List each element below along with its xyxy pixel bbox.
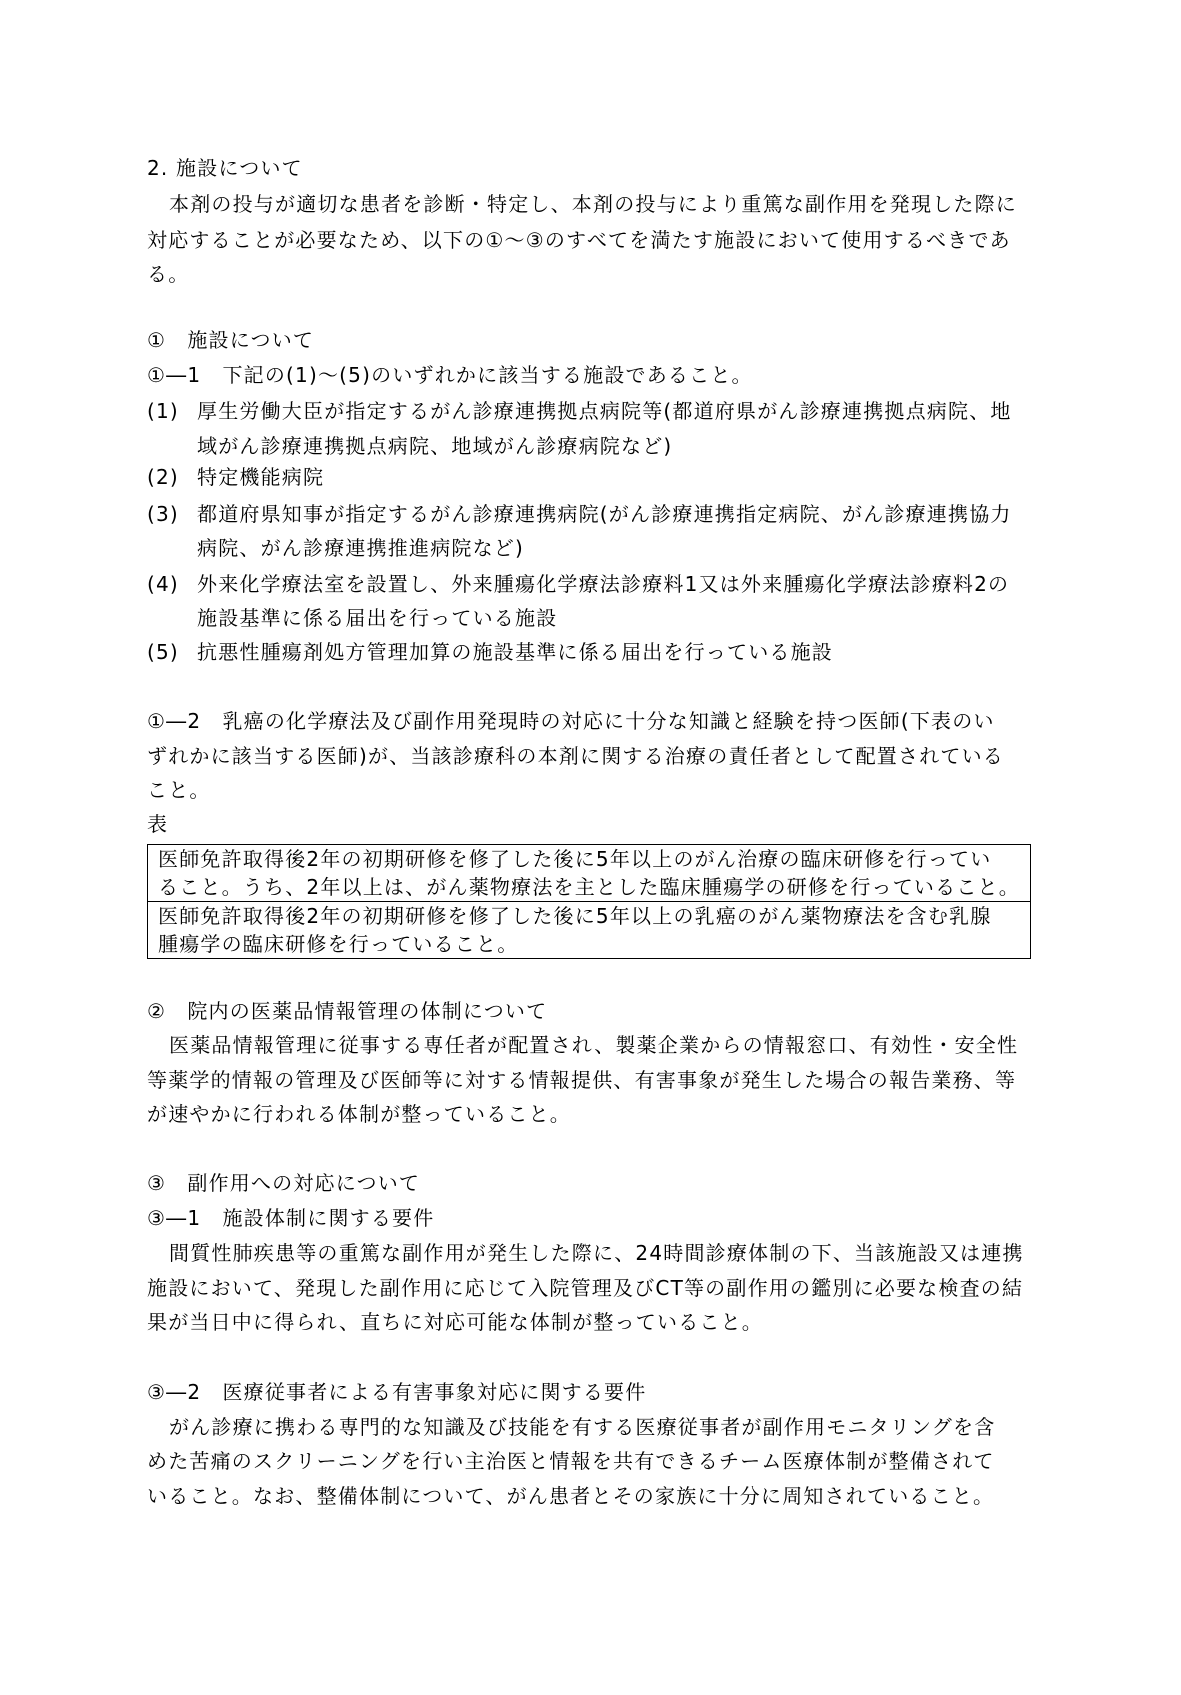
intro-line-2: 対応することが必要なため、以下の①～③のすべてを満たす施設において使用するべきで… — [147, 226, 1011, 254]
item2-line-2: 等薬学的情報の管理及び医師等に対する情報提供、有害事象が発生した場合の報告業務、… — [147, 1066, 1016, 1094]
list-item-number: (3) — [147, 500, 179, 528]
item3-sub1-heading: ③―1 施設体制に関する要件 — [147, 1204, 434, 1232]
list-item-3-cont: 病院、がん診療連携推進病院など) — [197, 534, 524, 562]
item1-sub1-heading: ①―1 下記の(1)～(5)のいずれかに該当する施設であること。 — [147, 361, 753, 389]
list-item-text: 都道府県知事が指定するがん診療連携病院(がん診療連携指定病院、がん診療連携協力 — [197, 500, 1012, 528]
item1-sub2-line-3: こと。 — [147, 776, 211, 804]
item3-sub2-line-2: めた苦痛のスクリーニングを行い主治医と情報を共有できるチーム医療体制が整備されて — [147, 1447, 995, 1475]
table-cell-line: 医師免許取得後2年の初期研修を修了した後に5年以上の乳癌のがん薬物療法を含む乳腺 — [158, 902, 1024, 930]
list-item-text: 特定機能病院 — [197, 463, 324, 491]
doctor-requirements-table: 医師免許取得後2年の初期研修を修了した後に5年以上のがん治療の臨床研修を行ってい… — [147, 844, 1031, 959]
item2-heading: ② 院内の医薬品情報管理の体制について — [147, 997, 547, 1025]
table-row: 医師免許取得後2年の初期研修を修了した後に5年以上のがん治療の臨床研修を行ってい… — [148, 845, 1030, 901]
item3-sub1-line-3: 果が当日中に得られ、直ちに対応可能な体制が整っていること。 — [147, 1308, 763, 1336]
list-item-1-cont: 域がん診療連携拠点病院、地域がん診療病院など) — [197, 432, 672, 460]
list-item-text: 外来化学療法室を設置し、外来腫瘍化学療法診療料1又は外来腫瘍化学療法診療料2の — [197, 570, 1009, 598]
list-item-number: (1) — [147, 397, 179, 425]
item1-heading: ① 施設について — [147, 326, 314, 354]
list-item-text: 抗悪性腫瘍剤処方管理加算の施設基準に係る届出を行っている施設 — [197, 638, 833, 666]
intro-line-1: 本剤の投与が適切な患者を診断・特定し、本剤の投与により重篤な副作用を発現した際に — [169, 190, 1017, 218]
list-item-number: (5) — [147, 638, 179, 666]
item1-sub2-line-2: ずれかに該当する医師)が、当該診療科の本剤に関する治療の責任者として配置されてい… — [147, 742, 1004, 770]
table-cell-line: ること。うち、2年以上は、がん薬物療法を主とした臨床腫瘍学の研修を行っていること… — [158, 873, 1024, 901]
section-title: 2. 施設について — [147, 154, 303, 182]
item2-line-3: が速やかに行われる体制が整っていること。 — [147, 1100, 571, 1128]
item3-sub1-line-1: 間質性肺疾患等の重篤な副作用が発生した際に、24時間診療体制の下、当該施設又は連… — [169, 1239, 1024, 1267]
list-item-number: (4) — [147, 570, 179, 598]
item3-heading: ③ 副作用への対応について — [147, 1169, 420, 1197]
list-item-4-cont: 施設基準に係る届出を行っている施設 — [197, 604, 557, 632]
table-cell-line: 腫瘍学の臨床研修を行っていること。 — [158, 930, 1024, 958]
item3-sub2-line-3: いること。なお、整備体制について、がん患者とその家族に十分に周知されていること。 — [147, 1482, 994, 1510]
item1-sub2-line-1: ①―2 乳癌の化学療法及び副作用発現時の対応に十分な知識と経験を持つ医師(下表の… — [147, 707, 995, 735]
item3-sub2-line-1: がん診療に携わる専門的な知識及び技能を有する医療従事者が副作用モニタリングを含 — [169, 1413, 995, 1441]
table-label: 表 — [147, 810, 168, 838]
list-item-number: (2) — [147, 463, 179, 491]
item3-sub1-line-2: 施設において、発現した副作用に応じて入院管理及びCT等の副作用の鑑別に必要な検査… — [147, 1274, 1023, 1302]
table-row: 医師免許取得後2年の初期研修を修了した後に5年以上の乳癌のがん薬物療法を含む乳腺… — [148, 901, 1030, 958]
item2-line-1: 医薬品情報管理に従事する専任者が配置され、製薬企業からの情報窓口、有効性・安全性 — [169, 1031, 1018, 1059]
intro-line-3: る。 — [147, 260, 189, 288]
table-cell-line: 医師免許取得後2年の初期研修を修了した後に5年以上のがん治療の臨床研修を行ってい — [158, 845, 1024, 873]
item3-sub2-heading: ③―2 医療従事者による有害事象対応に関する要件 — [147, 1378, 646, 1406]
list-item-text: 厚生労働大臣が指定するがん診療連携拠点病院等(都道府県がん診療連携拠点病院、地 — [197, 397, 1012, 425]
